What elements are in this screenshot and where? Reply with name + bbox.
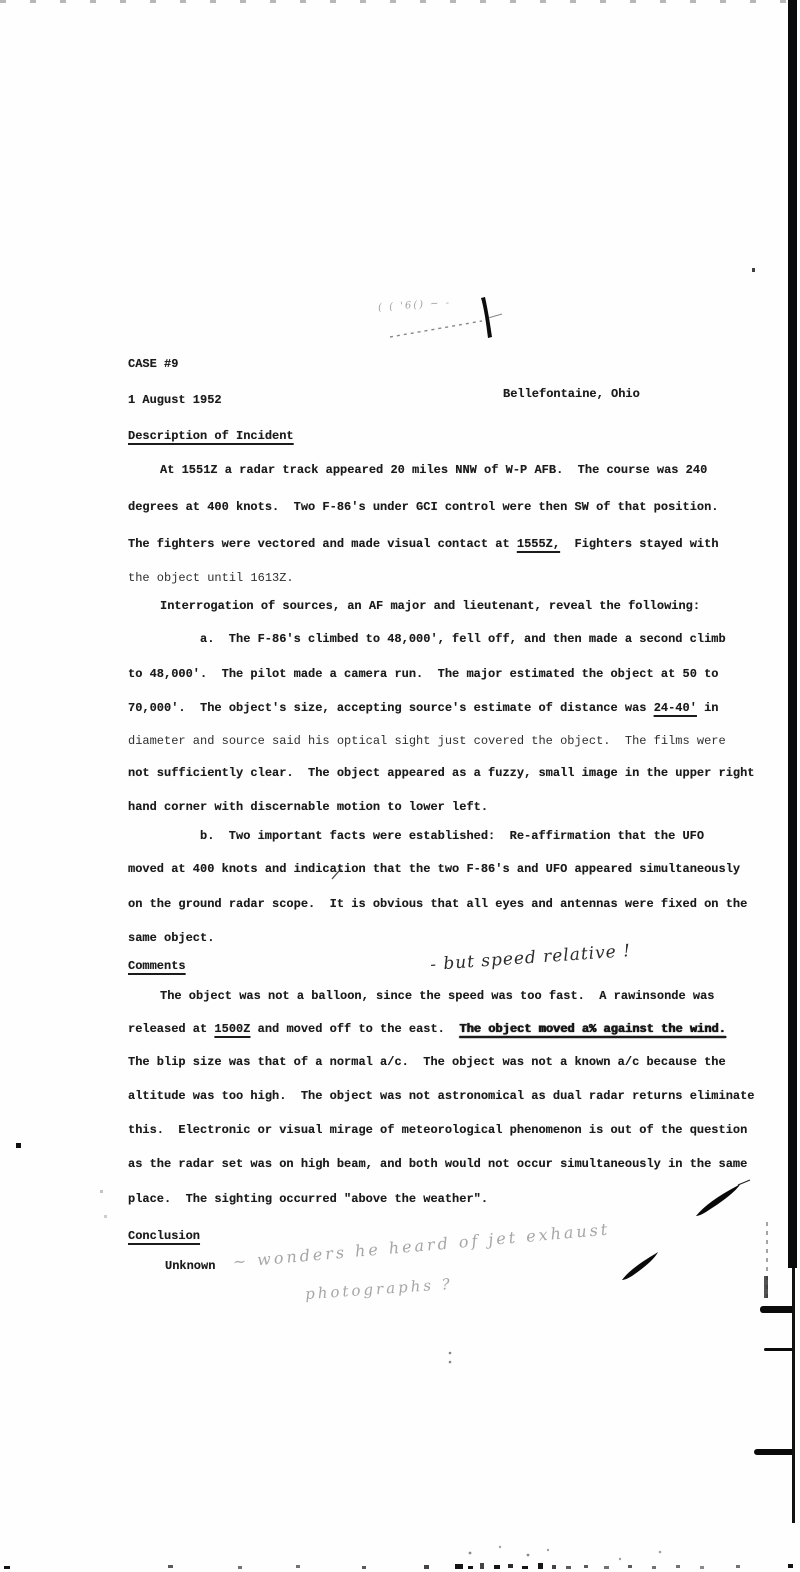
document-line: same object. (128, 930, 214, 946)
document-text-segment: diameter and source said his optical sig… (128, 734, 726, 748)
document-line: hand corner with discernable motion to l… (128, 799, 488, 815)
faint-stamp-marks: ( ( '6() ~ - (378, 297, 452, 313)
scan-speckle-bottom (0, 1535, 800, 1572)
case-number: CASE #9 (128, 356, 178, 372)
document-line: The fighters were vectored and made visu… (128, 536, 719, 552)
document-text-segment: degrees at 400 knots. Two F-86's under G… (128, 500, 719, 514)
handwritten-conclusion-note-line2: photographs ? (305, 1275, 454, 1303)
stamp-stroke-graphic (360, 290, 520, 350)
document-text-segment: same object. (128, 931, 214, 945)
document-text-segment: 24-40' (654, 701, 697, 715)
document-line: the object until 1613Z. (128, 570, 294, 586)
document-line: b. Two important facts were established:… (200, 828, 704, 844)
scan-edge-top (0, 0, 800, 3)
scan-smudge (764, 1276, 768, 1298)
document-text-segment: in (697, 701, 719, 715)
document-line: altitude was too high. The object was no… (128, 1088, 755, 1104)
document-text-segment: Unknown (165, 1259, 215, 1273)
document-line: not sufficiently clear. The object appea… (128, 765, 755, 781)
document-text-segment: hand corner with discernable motion to l… (128, 800, 488, 814)
document-line: The blip size was that of a normal a/c. … (128, 1054, 726, 1070)
document-text-segment: Comments (128, 959, 186, 973)
date: 1 August 1952 (128, 392, 222, 408)
document-line: on the ground radar scope. It is obvious… (128, 896, 747, 912)
document-text-segment: 1500Z (214, 1022, 250, 1036)
handwritten-conclusion-note-line1: ~ wonders he heard of jet exhaust (232, 1220, 611, 1272)
document-text-segment: 1555Z, (517, 537, 560, 551)
document-line: a. The F-86's climbed to 48,000', fell o… (200, 631, 726, 647)
conclusion-value: Unknown (165, 1258, 215, 1274)
document-text-segment: Interrogation of sources, an AF major an… (160, 599, 700, 613)
document-text-segment: Conclusion (128, 1229, 200, 1243)
document-line: this. Electronic or visual mirage of met… (128, 1122, 747, 1138)
document-text-segment: on the ground radar scope. It is obvious… (128, 897, 747, 911)
document-text-segment: The fighters were vectored and made visu… (128, 537, 517, 551)
document-text-segment: a. The F-86's climbed to 48,000', fell o… (200, 632, 726, 646)
document-text-segment: 70,000'. The object's size, accepting so… (128, 701, 654, 715)
scan-tick-1 (760, 1306, 792, 1313)
document-line: moved at 400 knots and indication that t… (128, 861, 740, 877)
document-text-segment: Description of Incident (128, 429, 294, 443)
document-text-segment: altitude was too high. The object was no… (128, 1089, 755, 1103)
section-heading-comments: Comments (128, 958, 186, 974)
document-line: The object was not a balloon, since the … (160, 988, 715, 1004)
document-line: place. The sighting occurred "above the … (128, 1191, 488, 1207)
section-heading-conclusion: Conclusion (128, 1228, 200, 1244)
scan-border-right (788, 0, 797, 1268)
scanned-document-page: CASE #91 August 1952Bellefontaine, OhioD… (0, 0, 800, 1572)
scan-speck (752, 268, 755, 272)
scan-tick-3 (754, 1449, 792, 1455)
document-line: diameter and source said his optical sig… (128, 733, 726, 749)
document-text-segment: The blip size was that of a normal a/c. … (128, 1055, 726, 1069)
faint-colon-mark (444, 1348, 458, 1372)
document-line: At 1551Z a radar track appeared 20 miles… (160, 462, 707, 478)
document-line: released at 1500Z and moved off to the e… (128, 1021, 726, 1037)
document-text-segment: b. Two important facts were established:… (200, 829, 704, 843)
document-text-segment: 1 August 1952 (128, 393, 222, 407)
document-line: to 48,000'. The pilot made a camera run.… (128, 666, 719, 682)
document-text-segment: CASE #9 (128, 357, 178, 371)
section-heading-description: Description of Incident (128, 428, 294, 444)
document-text-segment: this. Electronic or visual mirage of met… (128, 1123, 747, 1137)
document-text-segment: place. The sighting occurred "above the … (128, 1192, 488, 1206)
scan-tick-2 (764, 1348, 792, 1351)
scan-speck (100, 1190, 103, 1193)
document-line: Interrogation of sources, an AF major an… (160, 598, 700, 614)
document-line: as the radar set was on high beam, and b… (128, 1156, 747, 1172)
document-text-segment: At 1551Z a radar track appeared 20 miles… (160, 463, 707, 477)
scan-border-right-thin (792, 1268, 795, 1523)
document-text-segment: Bellefontaine, Ohio (503, 387, 640, 401)
document-text-segment: to 48,000'. The pilot made a camera run.… (128, 667, 719, 681)
document-text-segment: Fighters stayed with (560, 537, 718, 551)
document-line: 70,000'. The object's size, accepting so… (128, 700, 719, 716)
document-text-segment: The object moved a% against the wind. (459, 1022, 725, 1036)
document-text-segment: released at (128, 1022, 214, 1036)
document-text-segment: as the radar set was on high beam, and b… (128, 1157, 747, 1171)
handwritten-speed-note: - but speed relative ! (430, 941, 632, 975)
scan-speck (16, 1143, 21, 1148)
location: Bellefontaine, Ohio (503, 386, 640, 402)
document-text-segment: the object until 1613Z. (128, 571, 294, 585)
document-text-segment: The object was not a balloon, since the … (160, 989, 715, 1003)
pen-stroke-marks (600, 1170, 780, 1300)
scan-speck (104, 1215, 107, 1218)
document-line: degrees at 400 knots. Two F-86's under G… (128, 499, 719, 515)
document-text-segment: moved at 400 knots and indication that t… (128, 862, 740, 876)
document-text-segment: and moved off to the east. (250, 1022, 459, 1036)
document-text-segment: not sufficiently clear. The object appea… (128, 766, 755, 780)
